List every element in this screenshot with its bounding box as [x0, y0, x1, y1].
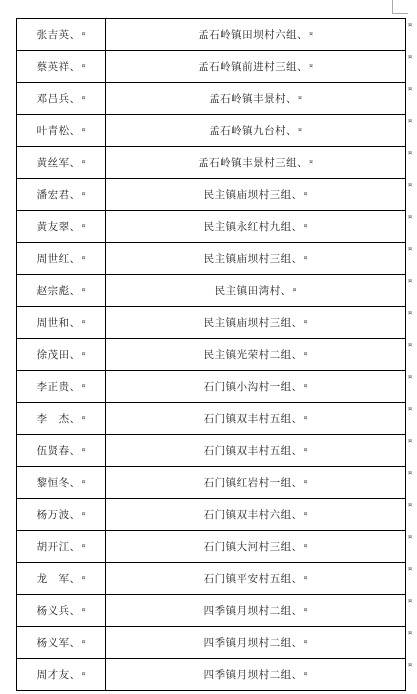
person-name: 杨义军、 — [37, 637, 81, 649]
name-cell[interactable]: 周世和、¤ — [17, 307, 106, 339]
person-name: 黄丝军、 — [37, 157, 81, 169]
end-of-row-mark: ¤ — [408, 502, 416, 508]
address-text: 民主镇光荣村二组、 — [204, 349, 303, 361]
roster-table-body: 张吉英、¤ 孟石岭镇田坝村六组、¤ 蔡英祥、¤ 孟石岭镇前进村三组、¤ 邓吕兵、… — [17, 19, 406, 691]
address-cell[interactable]: 四季镇月坝村二组、¤ — [106, 659, 406, 691]
end-of-row-mark: ¤ — [408, 534, 416, 540]
person-name: 潘宏君、 — [37, 189, 81, 201]
end-of-cell-mark: ¤ — [304, 255, 308, 262]
person-name: 胡开江、 — [37, 541, 81, 553]
end-of-cell-mark: ¤ — [304, 191, 308, 198]
person-name: 赵宗彪、 — [37, 285, 81, 297]
name-cell[interactable]: 杨义兵、¤ — [17, 595, 106, 627]
address-text: 石门镇小沟村一组、 — [204, 381, 303, 393]
end-of-cell-mark: ¤ — [82, 191, 86, 198]
person-name: 黄友翠、 — [37, 221, 81, 233]
address-text: 孟石岭镇九台村、 — [209, 125, 297, 137]
name-cell[interactable]: 叶青松、¤ — [17, 115, 106, 147]
end-of-row-mark: ¤ — [408, 86, 416, 92]
end-of-cell-mark: ¤ — [304, 223, 308, 230]
end-of-cell-mark: ¤ — [309, 31, 313, 38]
table-row: 蔡英祥、¤ 孟石岭镇前进村三组、¤ — [17, 51, 406, 83]
end-of-row-mark: ¤ — [408, 54, 416, 60]
end-of-cell-mark: ¤ — [82, 319, 86, 326]
person-name: 周世和、 — [37, 317, 81, 329]
name-cell[interactable]: 伍贤春、¤ — [17, 435, 106, 467]
end-of-cell-mark: ¤ — [82, 575, 86, 582]
person-name: 龙 军、 — [37, 573, 81, 585]
end-of-cell-mark: ¤ — [304, 351, 308, 358]
end-of-cell-mark: ¤ — [82, 639, 86, 646]
end-of-cell-mark: ¤ — [82, 479, 86, 486]
page-margin-corner-mark — [392, 13, 408, 14]
address-cell[interactable]: 石门镇小沟村一组、¤ — [106, 371, 406, 403]
end-of-row-mark: ¤ — [408, 310, 416, 316]
table-row: 胡开江、¤ 石门镇大河村三组、¤ — [17, 531, 406, 563]
table-row: 潘宏君、¤ 民主镇庙坝村三组、¤ — [17, 179, 406, 211]
end-of-row-mark: ¤ — [408, 374, 416, 380]
end-of-row-mark: ¤ — [408, 566, 416, 572]
name-cell[interactable]: 胡开江、¤ — [17, 531, 106, 563]
person-name: 杨义兵、 — [37, 605, 81, 617]
end-of-cell-mark: ¤ — [82, 159, 86, 166]
table-row: 周世和、¤ 民主镇庙坝村三组、¤ — [17, 307, 406, 339]
address-text: 民主镇庙坝村三组、 — [204, 317, 303, 329]
table-row: 黄友翠、¤ 民主镇永红村九组、¤ — [17, 211, 406, 243]
end-of-cell-mark: ¤ — [304, 671, 308, 678]
table-row: 邓吕兵、¤ 孟石岭镇丰景村、¤ — [17, 83, 406, 115]
person-name: 周世红、 — [37, 253, 81, 265]
address-text: 四季镇月坝村二组、 — [204, 669, 303, 681]
end-of-cell-mark: ¤ — [82, 671, 86, 678]
address-text: 民主镇永红村九组、 — [204, 221, 303, 233]
end-of-cell-mark: ¤ — [293, 287, 297, 294]
name-cell[interactable]: 蔡英祥、¤ — [17, 51, 106, 83]
address-text: 孟石岭镇丰景村三组、 — [198, 157, 308, 169]
end-of-row-mark: ¤ — [408, 182, 416, 188]
end-of-row-mark: ¤ — [408, 342, 416, 348]
table-row: 杨万波、¤ 石门镇双丰村六组、¤ — [17, 499, 406, 531]
address-text: 石门镇双丰村五组、 — [204, 413, 303, 425]
table-row: 赵宗彪、¤ 民主镇田湾村、¤ — [17, 275, 406, 307]
end-of-cell-mark: ¤ — [82, 415, 86, 422]
table-row: 张吉英、¤ 孟石岭镇田坝村六组、¤ — [17, 19, 406, 51]
address-text: 四季镇月坝村二组、 — [204, 605, 303, 617]
name-cell[interactable]: 李 杰、¤ — [17, 403, 106, 435]
address-text: 四季镇月坝村二组、 — [204, 637, 303, 649]
name-cell[interactable]: 潘宏君、¤ — [17, 179, 106, 211]
person-name: 叶青松、 — [37, 125, 81, 137]
end-of-cell-mark: ¤ — [82, 447, 86, 454]
end-of-cell-mark: ¤ — [82, 31, 86, 38]
name-cell[interactable]: 黎恒冬、¤ — [17, 467, 106, 499]
end-of-cell-mark: ¤ — [304, 479, 308, 486]
end-of-cell-mark: ¤ — [82, 127, 86, 134]
end-of-cell-mark: ¤ — [298, 127, 302, 134]
end-of-cell-mark: ¤ — [309, 63, 313, 70]
address-text: 石门镇双丰村六组、 — [204, 509, 303, 521]
name-cell[interactable]: 张吉英、¤ — [17, 19, 106, 51]
end-of-cell-mark: ¤ — [304, 575, 308, 582]
name-cell[interactable]: 杨义军、¤ — [17, 627, 106, 659]
end-of-cell-mark: ¤ — [82, 287, 86, 294]
end-of-row-mark: ¤ — [408, 438, 416, 444]
table-row: 徐茂田、¤ 民主镇光荣村二组、¤ — [17, 339, 406, 371]
address-text: 石门镇大河村三组、 — [204, 541, 303, 553]
end-of-row-mark: ¤ — [408, 214, 416, 220]
address-cell[interactable]: 四季镇月坝村二组、¤ — [106, 627, 406, 659]
address-cell[interactable]: 石门镇双丰村五组、¤ — [106, 403, 406, 435]
end-of-cell-mark: ¤ — [304, 543, 308, 550]
end-of-row-mark: ¤ — [408, 598, 416, 604]
table-row: 周世红、¤ 民主镇庙坝村三组、¤ — [17, 243, 406, 275]
name-cell[interactable]: 龙 军、¤ — [17, 563, 106, 595]
person-name: 张吉英、 — [37, 29, 81, 41]
name-cell[interactable]: 徐茂田、¤ — [17, 339, 106, 371]
address-cell[interactable]: 孟石岭镇田坝村六组、¤ — [106, 19, 406, 51]
end-of-cell-mark: ¤ — [298, 95, 302, 102]
end-of-cell-mark: ¤ — [82, 255, 86, 262]
table-row: 伍贤春、¤ 石门镇双丰村五组、¤ — [17, 435, 406, 467]
person-name: 伍贤春、 — [37, 445, 81, 457]
address-text: 民主镇田湾村、 — [215, 285, 292, 297]
table-row: 李正贵、¤ 石门镇小沟村一组、¤ — [17, 371, 406, 403]
end-of-row-mark: ¤ — [408, 470, 416, 476]
name-cell[interactable]: 周世红、¤ — [17, 243, 106, 275]
name-cell[interactable]: 杨万波、¤ — [17, 499, 106, 531]
table-row: 黄丝军、¤ 孟石岭镇丰景村三组、¤ — [17, 147, 406, 179]
end-of-cell-mark: ¤ — [304, 607, 308, 614]
person-name: 蔡英祥、 — [37, 61, 81, 73]
end-of-row-mark: ¤ — [408, 22, 416, 28]
end-of-cell-mark: ¤ — [82, 607, 86, 614]
address-cell[interactable]: 石门镇平安村五组、¤ — [106, 563, 406, 595]
name-cell[interactable]: 周才友、¤ — [17, 659, 106, 691]
name-cell[interactable]: 黄友翠、¤ — [17, 211, 106, 243]
end-of-row-mark: ¤ — [408, 118, 416, 124]
page-margin-corner-mark — [392, 0, 393, 13]
address-text: 石门镇平安村五组、 — [204, 573, 303, 585]
table-row: 李 杰、¤ 石门镇双丰村五组、¤ — [17, 403, 406, 435]
table-row: 龙 军、¤ 石门镇平安村五组、¤ — [17, 563, 406, 595]
end-of-row-mark: ¤ — [408, 246, 416, 252]
end-of-cell-mark: ¤ — [82, 63, 86, 70]
address-cell[interactable]: 四季镇月坝村二组、¤ — [106, 595, 406, 627]
table-row: 叶青松、¤ 孟石岭镇九台村、¤ — [17, 115, 406, 147]
end-of-row-mark: ¤ — [408, 150, 416, 156]
end-of-cell-mark: ¤ — [304, 383, 308, 390]
address-cell[interactable]: 孟石岭镇九台村、¤ — [106, 115, 406, 147]
address-cell[interactable]: 民主镇光荣村二组、¤ — [106, 339, 406, 371]
address-cell[interactable]: 石门镇双丰村六组、¤ — [106, 499, 406, 531]
end-of-cell-mark: ¤ — [304, 447, 308, 454]
person-name: 李 杰、 — [37, 413, 81, 425]
name-cell[interactable]: 邓吕兵、¤ — [17, 83, 106, 115]
person-name: 徐茂田、 — [37, 349, 81, 361]
end-of-cell-mark: ¤ — [82, 95, 86, 102]
end-of-cell-mark: ¤ — [82, 543, 86, 550]
end-of-cell-mark: ¤ — [304, 511, 308, 518]
end-of-cell-mark: ¤ — [309, 159, 313, 166]
address-cell[interactable]: 孟石岭镇丰景村、¤ — [106, 83, 406, 115]
address-cell[interactable]: 孟石岭镇丰景村三组、¤ — [106, 147, 406, 179]
address-text: 石门镇双丰村五组、 — [204, 445, 303, 457]
table-row: 杨义兵、¤ 四季镇月坝村二组、¤ — [17, 595, 406, 627]
address-cell[interactable]: 民主镇田湾村、¤ — [106, 275, 406, 307]
address-text: 民主镇庙坝村三组、 — [204, 253, 303, 265]
address-cell[interactable]: 民主镇庙坝村三组、¤ — [106, 307, 406, 339]
end-of-row-mark: ¤ — [408, 278, 416, 284]
address-text: 孟石岭镇田坝村六组、 — [198, 29, 308, 41]
address-cell[interactable]: 石门镇红岩村一组、¤ — [106, 467, 406, 499]
end-of-cell-mark: ¤ — [304, 639, 308, 646]
address-text: 民主镇庙坝村三组、 — [204, 189, 303, 201]
address-cell[interactable]: 孟石岭镇前进村三组、¤ — [106, 51, 406, 83]
name-cell[interactable]: 李正贵、¤ — [17, 371, 106, 403]
address-cell[interactable]: 石门镇大河村三组、¤ — [106, 531, 406, 563]
end-of-row-mark: ¤ — [408, 406, 416, 412]
person-name: 李正贵、 — [37, 381, 81, 393]
person-name: 黎恒冬、 — [37, 477, 81, 489]
person-name: 周才友、 — [37, 669, 81, 681]
end-of-row-mark: ¤ — [408, 630, 416, 636]
address-text: 石门镇红岩村一组、 — [204, 477, 303, 489]
name-cell[interactable]: 黄丝军、¤ — [17, 147, 106, 179]
table-row: 杨义军、¤ 四季镇月坝村二组、¤ — [17, 627, 406, 659]
end-of-cell-mark: ¤ — [304, 319, 308, 326]
address-cell[interactable]: 石门镇双丰村五组、¤ — [106, 435, 406, 467]
table-row: 周才友、¤ 四季镇月坝村二组、¤ — [17, 659, 406, 691]
end-of-cell-mark: ¤ — [82, 383, 86, 390]
address-text: 孟石岭镇丰景村、 — [209, 93, 297, 105]
end-of-cell-mark: ¤ — [82, 351, 86, 358]
table-row: 黎恒冬、¤ 石门镇红岩村一组、¤ — [17, 467, 406, 499]
address-cell[interactable]: 民主镇永红村九组、¤ — [106, 211, 406, 243]
address-cell[interactable]: 民主镇庙坝村三组、¤ — [106, 243, 406, 275]
address-text: 孟石岭镇前进村三组、 — [198, 61, 308, 73]
roster-table: 张吉英、¤ 孟石岭镇田坝村六组、¤ 蔡英祥、¤ 孟石岭镇前进村三组、¤ 邓吕兵、… — [16, 18, 406, 691]
name-cell[interactable]: 赵宗彪、¤ — [17, 275, 106, 307]
end-of-cell-mark: ¤ — [82, 223, 86, 230]
person-name: 邓吕兵、 — [37, 93, 81, 105]
address-cell[interactable]: 民主镇庙坝村三组、¤ — [106, 179, 406, 211]
end-of-cell-mark: ¤ — [82, 511, 86, 518]
end-of-cell-mark: ¤ — [304, 415, 308, 422]
end-of-row-mark: ¤ — [408, 662, 416, 668]
person-name: 杨万波、 — [37, 509, 81, 521]
